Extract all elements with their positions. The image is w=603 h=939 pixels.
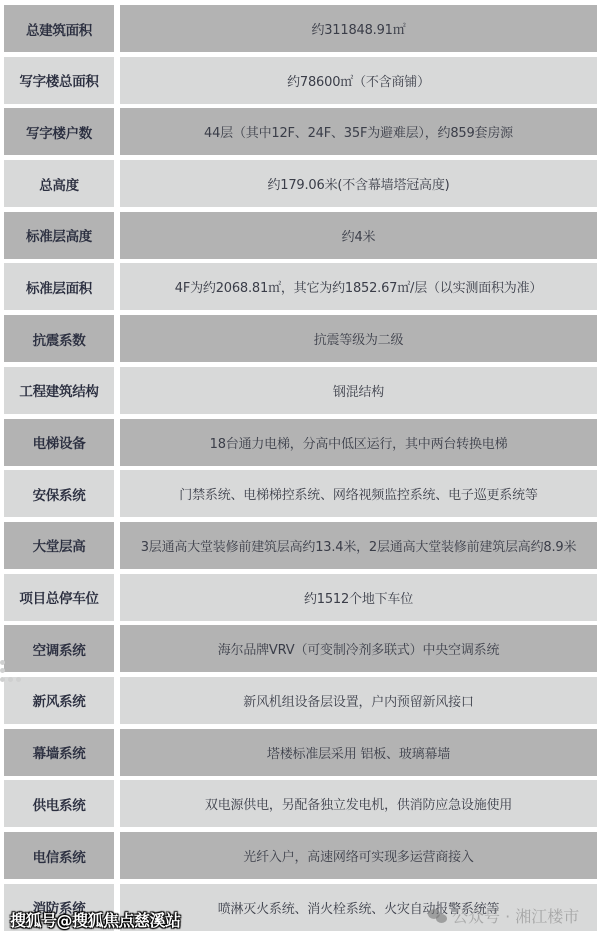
table-row: 标准层高度约4米 — [4, 212, 597, 259]
row-label: 总高度 — [4, 160, 114, 207]
row-label: 写字楼总面积 — [4, 57, 114, 104]
table-row: 抗震系数抗震等级为二级 — [4, 315, 597, 362]
row-value: 4F为约2068.81㎡，其它为约1852.67㎡/层（以实测面积为准） — [120, 263, 597, 310]
table-row: 写字楼总面积约78600㎡（不含商铺） — [4, 57, 597, 104]
table-row: 电梯设备18台通力电梯，分高中低区运行，其中两台转换电梯 — [4, 419, 597, 466]
row-value: 钢混结构 — [120, 367, 597, 414]
row-value: 3层通高大堂装修前建筑层高约13.4米，2层通高大堂装修前建筑层高约8.9米 — [120, 522, 597, 569]
row-label: 总建筑面积 — [4, 5, 114, 52]
table-row: 供电系统双电源供电，另配备独立发电机，供消防应急设施使用 — [4, 780, 597, 827]
table-row: 大堂层高3层通高大堂装修前建筑层高约13.4米，2层通高大堂装修前建筑层高约8.… — [4, 522, 597, 569]
row-value: 抗震等级为二级 — [120, 315, 597, 362]
row-value: 约4米 — [120, 212, 597, 259]
row-value: 双电源供电，另配备独立发电机，供消防应急设施使用 — [120, 780, 597, 827]
wechat-icon — [428, 908, 448, 924]
row-label: 大堂层高 — [4, 522, 114, 569]
table-row: 新风系统新风机组设备层设置，户内预留新风接口 — [4, 677, 597, 724]
table-row: 总高度约179.06米(不含幕墙塔冠高度) — [4, 160, 597, 207]
table-row: 工程建筑结构钢混结构 — [4, 367, 597, 414]
row-label: 电梯设备 — [4, 419, 114, 466]
row-label: 写字楼户数 — [4, 108, 114, 155]
table-row: 安保系统门禁系统、电梯梯控系统、网络视频监控系统、电子巡更系统等 — [4, 470, 597, 517]
row-label: 供电系统 — [4, 780, 114, 827]
table-row: 写字楼户数44层（其中12F、24F、35F为避难层），约859套房源 — [4, 108, 597, 155]
row-label: 标准层面积 — [4, 263, 114, 310]
spec-table: 总建筑面积约311848.91㎡写字楼总面积约78600㎡（不含商铺）写字楼户数… — [4, 5, 597, 935]
row-label: 标准层高度 — [4, 212, 114, 259]
row-value: 海尔品牌VRV（可变制冷剂多联式）中央空调系统 — [120, 625, 597, 672]
row-label: 电信系统 — [4, 832, 114, 879]
row-label: 抗震系数 — [4, 315, 114, 362]
row-label: 工程建筑结构 — [4, 367, 114, 414]
row-value: 门禁系统、电梯梯控系统、网络视频监控系统、电子巡更系统等 — [120, 470, 597, 517]
row-value: 光纤入户，高速网络可实现多运营商接入 — [120, 832, 597, 879]
watermark-wechat-text: 公众号 · 湘江楼市 — [452, 904, 579, 927]
row-value: 约311848.91㎡ — [120, 5, 597, 52]
row-value: 约1512个地下车位 — [120, 574, 597, 621]
row-value: 塔楼标准层采用 铝板、玻璃幕墙 — [120, 729, 597, 776]
row-label: 安保系统 — [4, 470, 114, 517]
row-value: 约179.06米(不含幕墙塔冠高度) — [120, 160, 597, 207]
row-value: 18台通力电梯，分高中低区运行，其中两台转换电梯 — [120, 419, 597, 466]
table-row: 标准层面积4F为约2068.81㎡，其它为约1852.67㎡/层（以实测面积为准… — [4, 263, 597, 310]
table-row: 项目总停车位约1512个地下车位 — [4, 574, 597, 621]
table-row: 空调系统海尔品牌VRV（可变制冷剂多联式）中央空调系统 — [4, 625, 597, 672]
row-label: 幕墙系统 — [4, 729, 114, 776]
table-row: 电信系统光纤入户，高速网络可实现多运营商接入 — [4, 832, 597, 879]
row-value: 44层（其中12F、24F、35F为避难层），约859套房源 — [120, 108, 597, 155]
edge-dots-decoration — [0, 660, 26, 684]
row-label: 项目总停车位 — [4, 574, 114, 621]
watermark-sohu: 搜狐号@搜狐焦点慈溪站 — [10, 908, 181, 931]
table-row: 幕墙系统塔楼标准层采用 铝板、玻璃幕墙 — [4, 729, 597, 776]
row-value: 新风机组设备层设置，户内预留新风接口 — [120, 677, 597, 724]
table-row: 总建筑面积约311848.91㎡ — [4, 5, 597, 52]
watermark-wechat: 公众号 · 湘江楼市 — [428, 904, 579, 927]
row-value: 约78600㎡（不含商铺） — [120, 57, 597, 104]
